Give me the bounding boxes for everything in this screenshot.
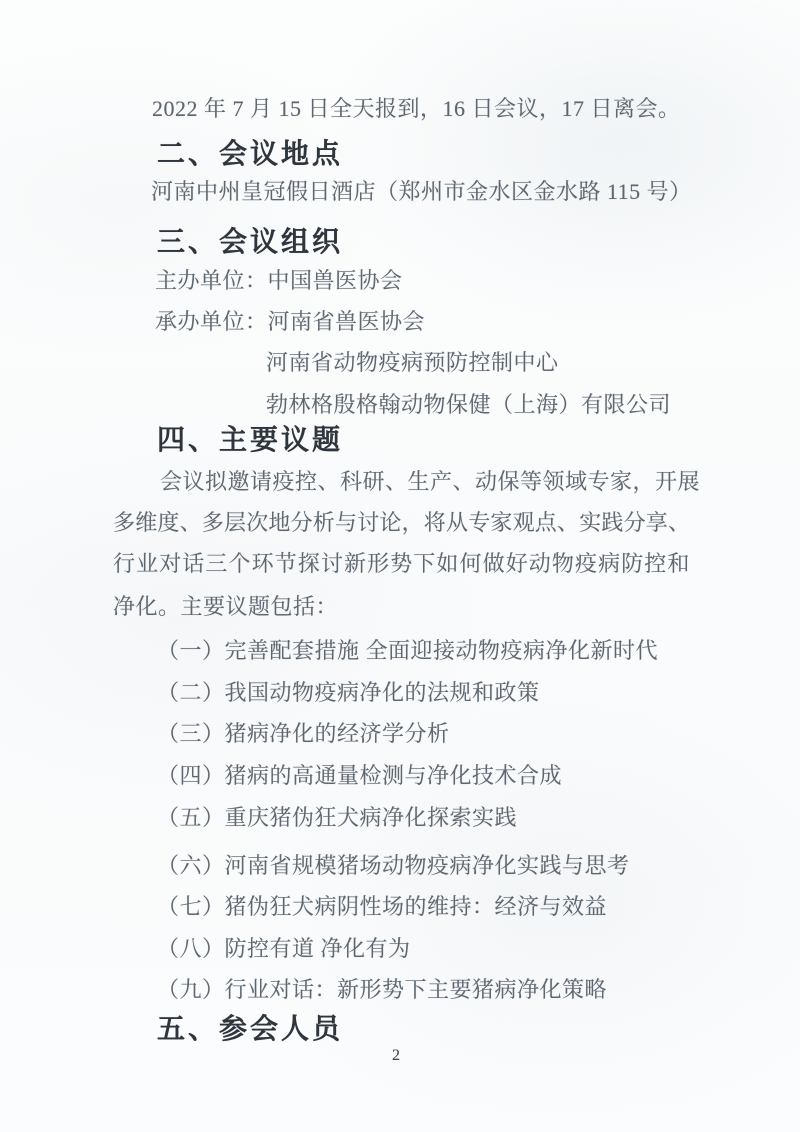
topic-item: （一）完善配套措施 全面迎接动物疫病净化新时代	[157, 636, 658, 666]
topics-paragraph-line: 会议拟邀请疫控、科研、生产、动保等领域专家，开展	[160, 467, 700, 497]
section-topics-heading: 四、主要议题	[157, 423, 343, 457]
section-location-heading: 二、会议地点	[157, 137, 343, 171]
topic-item: （三）猪病净化的经济学分析	[157, 719, 450, 749]
page-number: 2	[392, 1047, 400, 1065]
section-organization-heading: 三、会议组织	[157, 225, 343, 259]
topic-item: （二）我国动物疫病净化的法规和政策	[157, 678, 540, 708]
host-unit-line: 主办单位：中国兽医协会	[155, 266, 403, 296]
topics-paragraph-line: 多维度、多层次地分析与讨论，将从专家观点、实践分享、	[113, 508, 690, 538]
topic-item: （四）猪病的高通量检测与净化技术合成	[157, 761, 562, 791]
topic-item: （七）猪伪狂犬病阴性场的维持：经济与效益	[157, 892, 607, 922]
intro-line: 2022 年 7 月 15 日全天报到，16 日会议，17 日离会。	[152, 94, 681, 124]
topic-item: （八）防控有道 净化有为	[157, 934, 411, 964]
co-organizer-line: 河南省动物疫病预防控制中心	[266, 348, 559, 378]
topics-paragraph-line: 净化。主要议题包括：	[113, 592, 338, 622]
section-participants-heading: 五、参会人员	[157, 1012, 343, 1046]
location-address: 河南中州皇冠假日酒店（郑州市金水区金水路 115 号）	[151, 177, 692, 207]
topic-item: （六）河南省规模猪场动物疫病净化实践与思考	[157, 851, 630, 881]
topic-item: （五）重庆猪伪狂犬病净化探索实践	[157, 803, 517, 833]
document-page: 2022 年 7 月 15 日全天报到，16 日会议，17 日离会。 二、会议地…	[0, 0, 800, 1132]
organizer-unit-line: 承办单位：河南省兽医协会	[155, 307, 425, 337]
co-organizer-line: 勃林格殷格翰动物保健（上海）有限公司	[266, 390, 671, 420]
topic-item: （九）行业对话：新形势下主要猪病净化策略	[157, 975, 607, 1005]
topics-paragraph-line: 行业对话三个环节探讨新形势下如何做好动物疫病防控和	[113, 549, 691, 579]
